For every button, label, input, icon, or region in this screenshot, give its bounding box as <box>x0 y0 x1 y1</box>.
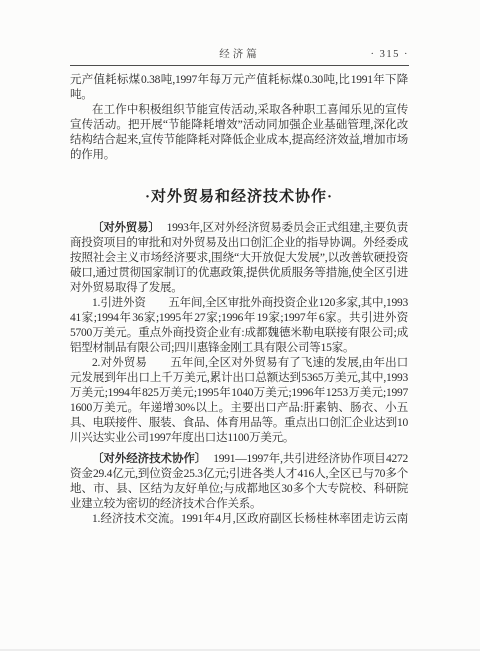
entry-label: 〔对外贸易〕 <box>92 222 160 234</box>
paragraph-foreign-trade-entry: 〔对外贸易〕1993 年,区对外经济贸易委员会正式组建,主要负责全区外 商投资项… <box>70 221 408 296</box>
text-line: 宣传活动。把开展“节能降耗增效”活动同加强企业基础管理,深化改革及调整 <box>70 118 408 133</box>
paragraph-economic-exchange: 1. 经济技术交流。1991 年 4 月,区政府副区长杨桂林率团走访云南楚雄 <box>70 512 408 527</box>
text-line: 具、电联接件、服装、食品、体育用品等。重点出口创汇企业达到 10 家,其中,四 <box>70 416 408 431</box>
text-line: 在工作中积极组织节能宣传活动,采取各种职工喜闻乐见的宣传形式,开展 <box>70 103 408 118</box>
entry-label: 〔对外经济技术协作〕 <box>92 453 206 465</box>
text-line: 按照社会主义市场经济要求,围绕“大开放促大发展”,以改善软硬投资环境为突 <box>70 251 408 266</box>
text-line: 元发展到年出口上千万美元,累计出口总额达到 5365 万美元,其中,1993 年… <box>70 371 408 386</box>
text-line: 元产值耗标煤 0.38 吨,1997 年每万元产值耗标煤 0.30 吨,比 19… <box>70 73 408 88</box>
text-line: 铝型材制品有限公司;四川惠锋金刚工具有限公司等 15 家。 <box>70 341 408 356</box>
text-line: 地、市、县、区结为友好单位;与成都地区 30 多个大专院校、科研院所、大中型企 <box>70 482 408 497</box>
text-line: 万美元;1994 年 825 万美元;1995 年 1040 万美元;1996 … <box>70 386 408 401</box>
text-line: 结构结合起来,宣传节能降耗对降低企业成本,提高经济效益,增加市场竞争力 <box>70 133 408 148</box>
body-text: 元产值耗标煤 0.38 吨,1997 年每万元产值耗标煤 0.30 吨,比 19… <box>70 73 408 527</box>
text-line: 〔对外贸易〕1993 年,区对外经济贸易委员会正式组建,主要负责全区外 <box>70 221 408 236</box>
text-line: 〔对外经济技术协作〕1991—1997 年,共引进经济协作项目 4272 个,引… <box>70 452 408 467</box>
text-line: 业建立较为密切的经济技术合作关系。 <box>70 497 408 512</box>
text-line: 1600 万美元。年递增 30%以上。主要出口产品:肝素钠、肠衣、小五金、五金工 <box>70 401 408 416</box>
paragraph-energy-saving-promotion: 在工作中积极组织节能宣传活动,采取各种职工喜闻乐见的宣传形式,开展 宣传活动。把… <box>70 103 408 163</box>
text-line: 的作用。 <box>70 148 408 163</box>
section-heading: ·对外贸易和经济技术协作· <box>70 187 408 207</box>
chapter-title: 经济篇 <box>70 48 409 62</box>
page-number: · 315 · <box>371 48 410 62</box>
paragraph-economic-cooperation-entry: 〔对外经济技术协作〕1991—1997 年,共引进经济协作项目 4272 个,引… <box>70 452 408 512</box>
header-rule <box>70 65 409 66</box>
text-line: 2. 对外贸易 五年间,全区对外贸易有了飞速的发展,由年出口百万美 <box>70 356 408 371</box>
text-line: 破口,通过贯彻国家制订的优惠政策,提供优质服务等措施,使全区引进外资和 <box>70 266 408 281</box>
paragraph-foreign-investment: 1. 引进外资 五年间,全区审批外商投资企业 120 多家,其中,1993 年 … <box>70 296 408 356</box>
text-line: 5700 万美元。重点外商投资企业有:成都魏德米勒电联接有限公司;成都青港 <box>70 326 408 341</box>
text-line: 吨。 <box>70 88 408 103</box>
paragraph-coal-consumption: 元产值耗标煤 0.38 吨,1997 年每万元产值耗标煤 0.30 吨,比 19… <box>70 73 408 103</box>
running-header: 经济篇 · 315 · <box>70 48 409 62</box>
text-line: 商投资项目的审批和对外贸易及出口创汇企业的指导协调。外经委成立以来, <box>70 236 408 251</box>
text-line: 对外贸易取得了发展。 <box>70 281 408 296</box>
paragraph-foreign-trade-growth: 2. 对外贸易 五年间,全区对外贸易有了飞速的发展,由年出口百万美 元发展到年出… <box>70 356 408 446</box>
text-line: 1. 引进外资 五年间,全区审批外商投资企业 120 多家,其中,1993 年 <box>70 296 408 311</box>
text-line: 川兴达实业公司 1997 年度出口达 1100 万美元。 <box>70 431 408 446</box>
text-line: 1. 经济技术交流。1991 年 4 月,区政府副区长杨桂林率团走访云南楚雄 <box>70 512 408 527</box>
text-line: 资金 29.4 亿元,到位资金 25.3 亿元;引进各类人才 416 人,全区已… <box>70 467 408 482</box>
text-line: 41 家;1994 年 36 家;1995 年 27 家;1996 年 19 家… <box>70 311 408 326</box>
page-scan: 经济篇 · 315 · 元产值耗标煤 0.38 吨,1997 年每万元产值耗标煤… <box>0 0 480 651</box>
